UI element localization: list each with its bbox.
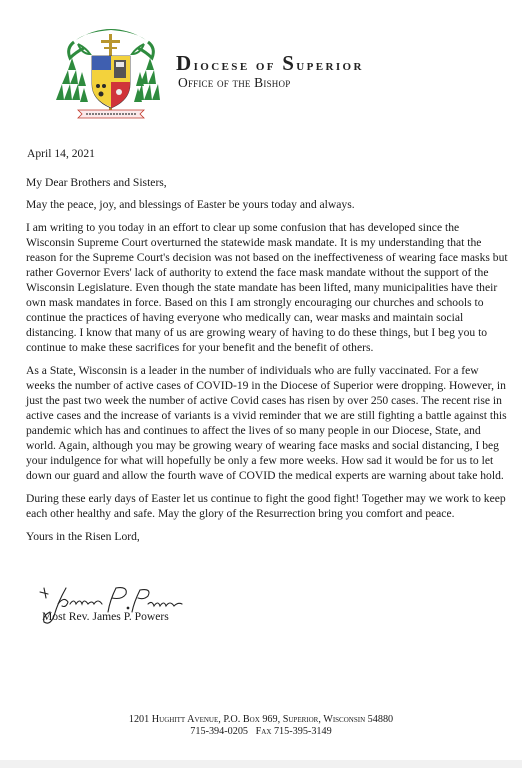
paragraph-greeting: May the peace, joy, and blessings of Eas…	[26, 197, 510, 212]
salutation: My Dear Brothers and Sisters,	[26, 175, 510, 190]
paragraph-covid-cases: As a State, Wisconsin is a leader in the…	[26, 363, 510, 483]
closing: Yours in the Risen Lord,	[26, 529, 510, 544]
bottom-band	[0, 760, 522, 768]
letterhead: Diocese of Superior Office of the Bishop	[176, 54, 446, 91]
coat-of-arms-icon	[56, 18, 166, 124]
paragraph-easter-closing: During these early days of Easter let us…	[26, 491, 510, 521]
letter-date: April 14, 2021	[27, 146, 510, 161]
signer-name: Most Rev. James P. Powers	[42, 610, 169, 623]
letter-body: April 14, 2021 My Dear Brothers and Sist…	[26, 146, 510, 544]
office-title: Office of the Bishop	[178, 75, 446, 91]
footer-phone-fax: 715-394-0205 Fax 715-395-3149	[0, 726, 522, 738]
footer-address: 1201 Hughitt Avenue, P.O. Box 969, Super…	[0, 714, 522, 726]
paragraph-mask-mandate: I am writing to you today in an effort t…	[26, 220, 510, 355]
letter-page: Diocese of Superior Office of the Bishop…	[0, 0, 522, 760]
footer-contact: 1201 Hughitt Avenue, P.O. Box 969, Super…	[0, 714, 522, 738]
diocese-name: Diocese of Superior	[176, 54, 446, 75]
